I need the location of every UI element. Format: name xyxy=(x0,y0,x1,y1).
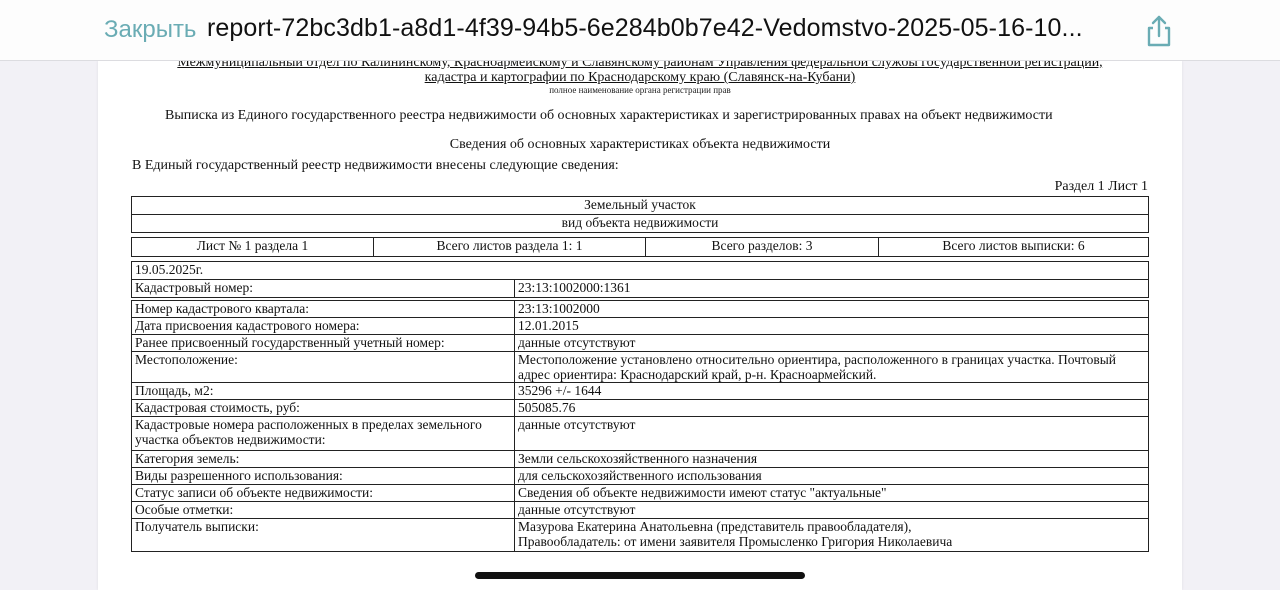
share-button[interactable] xyxy=(1143,14,1175,48)
row-label: Статус записи об объекте недвижимости: xyxy=(132,485,515,502)
characteristics-table: Номер кадастрового квартала:23:13:100200… xyxy=(131,300,1149,552)
row-value: для сельскохозяйственного использования xyxy=(515,468,1149,485)
row-label: Ранее присвоенный государственный учетны… xyxy=(132,335,515,352)
row-value: 12.01.2015 xyxy=(515,318,1149,335)
row-value: Земли сельскохозяйственного назначения xyxy=(515,451,1149,468)
row-label: Категория земель: xyxy=(132,451,515,468)
table-row: Ранее присвоенный государственный учетны… xyxy=(132,335,1149,352)
date-table: 19.05.2025г. Кадастровый номер: 23:13:10… xyxy=(131,261,1149,298)
extract-date: 19.05.2025г. xyxy=(132,262,1149,280)
object-kind: Земельный участок xyxy=(132,197,1149,215)
row-value: данные отсутствуют xyxy=(515,502,1149,519)
row-value: 505085.76 xyxy=(515,400,1149,417)
table-row: Категория земель:Земли сельскохозяйствен… xyxy=(132,451,1149,468)
extract-title: Выписка из Единого государственного реес… xyxy=(165,108,1053,124)
row-label: Кадастровая стоимость, руб: xyxy=(132,400,515,417)
row-value: 35296 +/- 1644 xyxy=(515,383,1149,400)
row-label: Площадь, м2: xyxy=(132,383,515,400)
extract-intro: В Единый государственный реестр недвижим… xyxy=(132,158,619,174)
row-label: Местоположение: xyxy=(132,352,515,383)
sheets-table: Лист № 1 раздела 1 Всего листов раздела … xyxy=(131,237,1149,257)
table-row: Кадастровая стоимость, руб:505085.76 xyxy=(132,400,1149,417)
sections-total: Всего разделов: 3 xyxy=(646,238,879,257)
row-value: 23:13:1002000 xyxy=(515,301,1149,318)
cadastral-number-label: Кадастровый номер: xyxy=(132,280,515,298)
object-kind-caption: вид объекта недвижимости xyxy=(132,215,1149,233)
row-label: Получатель выписки: xyxy=(132,519,515,552)
row-label: Номер кадастрового квартала: xyxy=(132,301,515,318)
table-row: Виды разрешенного использования:для сель… xyxy=(132,468,1149,485)
org-caption: полное наименование органа регистрации п… xyxy=(98,85,1182,95)
share-icon xyxy=(1143,14,1175,48)
cadastral-number-value: 23:13:1002000:1361 xyxy=(515,280,1149,298)
table-row: Кадастровые номера расположенных в преде… xyxy=(132,417,1149,451)
row-value: данные отсутствуют xyxy=(515,417,1149,451)
row-value: данные отсутствуют xyxy=(515,335,1149,352)
section-label: Раздел 1 Лист 1 xyxy=(1055,179,1148,195)
extract-subtitle: Сведения об основных характеристиках объ… xyxy=(98,137,1182,153)
row-label: Кадастровые номера расположенных в преде… xyxy=(132,417,515,451)
nav-bar: Закрыть report-72bc3db1-a8d1-4f39-94b5-6… xyxy=(0,0,1280,61)
object-kind-table: Земельный участок вид объекта недвижимос… xyxy=(131,196,1149,233)
sheet-number: Лист № 1 раздела 1 xyxy=(132,238,374,257)
table-row: Местоположение:Местоположение установлен… xyxy=(132,352,1149,383)
home-indicator[interactable] xyxy=(475,572,805,579)
table-row: Статус записи об объекте недвижимости:Св… xyxy=(132,485,1149,502)
row-label: Виды разрешенного использования: xyxy=(132,468,515,485)
row-label: Особые отметки: xyxy=(132,502,515,519)
document-title: report-72bc3db1-a8d1-4f39-94b5-6e284b0b7… xyxy=(207,14,1117,43)
table-row: Дата присвоения кадастрового номера:12.0… xyxy=(132,318,1149,335)
org-name-line-2: кадастра и картографии по Краснодарскому… xyxy=(98,70,1182,86)
row-value: Мазурова Екатерина Анатольевна (представ… xyxy=(515,519,1149,552)
table-row: Особые отметки:данные отсутствуют xyxy=(132,502,1149,519)
section-sheets-total: Всего листов раздела 1: 1 xyxy=(374,238,646,257)
pdf-page: Межмуниципальный отдел по Калининскому, … xyxy=(98,61,1182,590)
close-button[interactable]: Закрыть xyxy=(104,16,196,44)
table-row: Площадь, м2:35296 +/- 1644 xyxy=(132,383,1149,400)
extract-sheets-total: Всего листов выписки: 6 xyxy=(879,238,1149,257)
row-value: Сведения об объекте недвижимости имеют с… xyxy=(515,485,1149,502)
table-row: Получатель выписки:Мазурова Екатерина Ан… xyxy=(132,519,1149,552)
row-value: Местоположение установлено относительно … xyxy=(515,352,1149,383)
table-row: Номер кадастрового квартала:23:13:100200… xyxy=(132,301,1149,318)
row-label: Дата присвоения кадастрового номера: xyxy=(132,318,515,335)
